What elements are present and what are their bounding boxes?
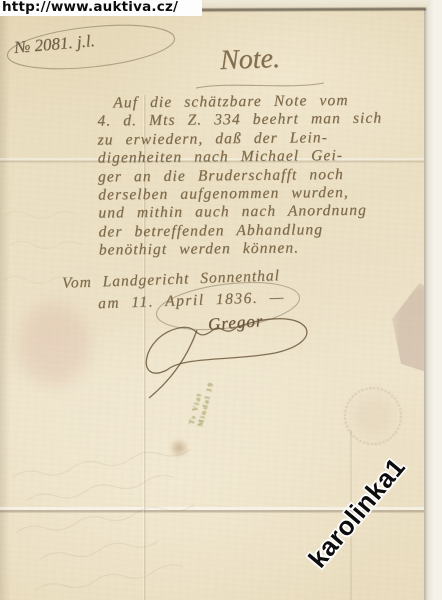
- letter-body: Auf die schätzbare Note vom 4. d. Mts Z.…: [97, 91, 395, 260]
- wax-seal-residue-left: [18, 302, 90, 386]
- scan-edge-strip: [424, 0, 442, 600]
- paper-stain: [170, 437, 188, 459]
- olive-handstamp-text: Ts Viat Mindal 19: [187, 378, 216, 427]
- olive-handstamp: Ts Viat Mindal 19: [166, 376, 224, 430]
- note-title: Note.: [159, 41, 340, 79]
- body-line: 4. d. Mts Z. 334 beehrt man sich: [97, 110, 393, 132]
- body-line: benöthigt werden können.: [99, 239, 395, 261]
- site-url-watermark: http://www.auktiva.cz/: [0, 0, 202, 16]
- signature-name: Gregor: [207, 311, 264, 335]
- scanned-letter: № 2081. j.l. Note. Auf die schätzbare No…: [0, 0, 442, 600]
- body-line: und mithin auch nach Anordnung: [98, 202, 394, 224]
- circular-postmark: [344, 387, 402, 445]
